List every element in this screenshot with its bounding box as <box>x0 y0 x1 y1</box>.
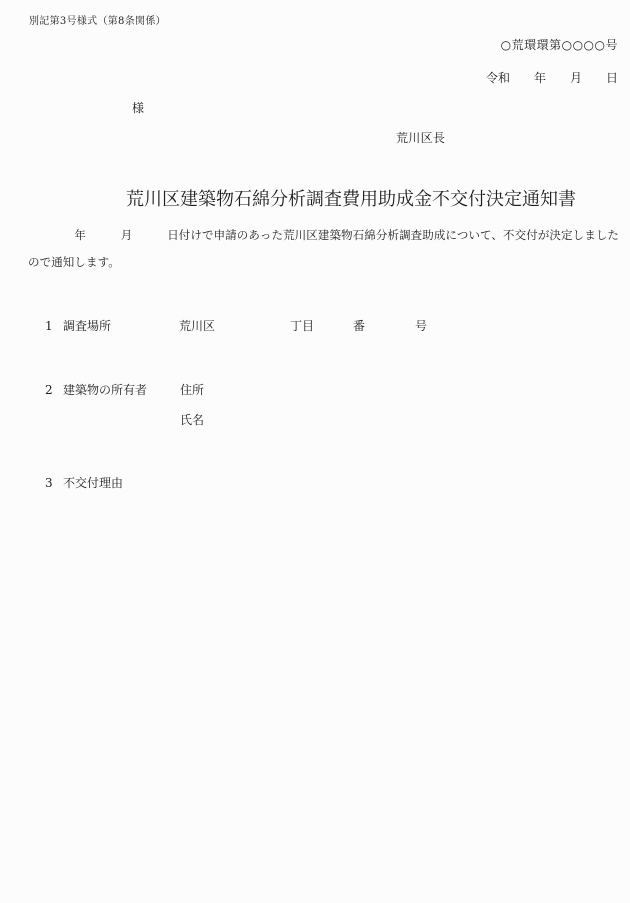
item-2-field-address-label: 住所 <box>180 383 204 397</box>
document-page: 別記第3号様式（第8条関係） ○荒環環第○○○○号 令和 年 月 日 様 荒川区… <box>0 0 630 903</box>
item-2-label-building-owner: 建築物の所有者 <box>63 383 147 397</box>
item-1-field-city: 荒川区 <box>179 319 215 333</box>
body-paragraph-line-1: 年 月 日付けで申請のあった荒川区建築物石綿分析調査助成について、不交付が決定し… <box>28 229 619 243</box>
document-number: ○荒環環第○○○○号 <box>501 38 618 52</box>
item-3-number: 3 <box>45 476 53 490</box>
form-reference: 別記第3号様式（第8条関係） <box>29 16 166 28</box>
item-2-number: 2 <box>45 383 53 397</box>
sender-title: 荒川区長 <box>396 131 445 145</box>
item-1-label-survey-location: 調査場所 <box>63 319 111 333</box>
addressee-honorific: 様 <box>132 101 144 115</box>
item-1-field-go: 号 <box>415 319 427 333</box>
item-1-field-ban: 番 <box>353 319 365 333</box>
item-2-field-name-label: 氏名 <box>180 413 204 427</box>
document-title: 荒川区建築物石綿分析調査費用助成金不交付決定通知書 <box>126 189 576 211</box>
body-paragraph-line-2: ので通知します。 <box>28 256 120 270</box>
item-1-field-chome: 丁目 <box>290 319 314 333</box>
item-1-number: 1 <box>45 319 53 333</box>
date-line: 令和 年 月 日 <box>486 71 618 85</box>
item-3-label-nongrant-reason: 不交付理由 <box>63 476 123 490</box>
